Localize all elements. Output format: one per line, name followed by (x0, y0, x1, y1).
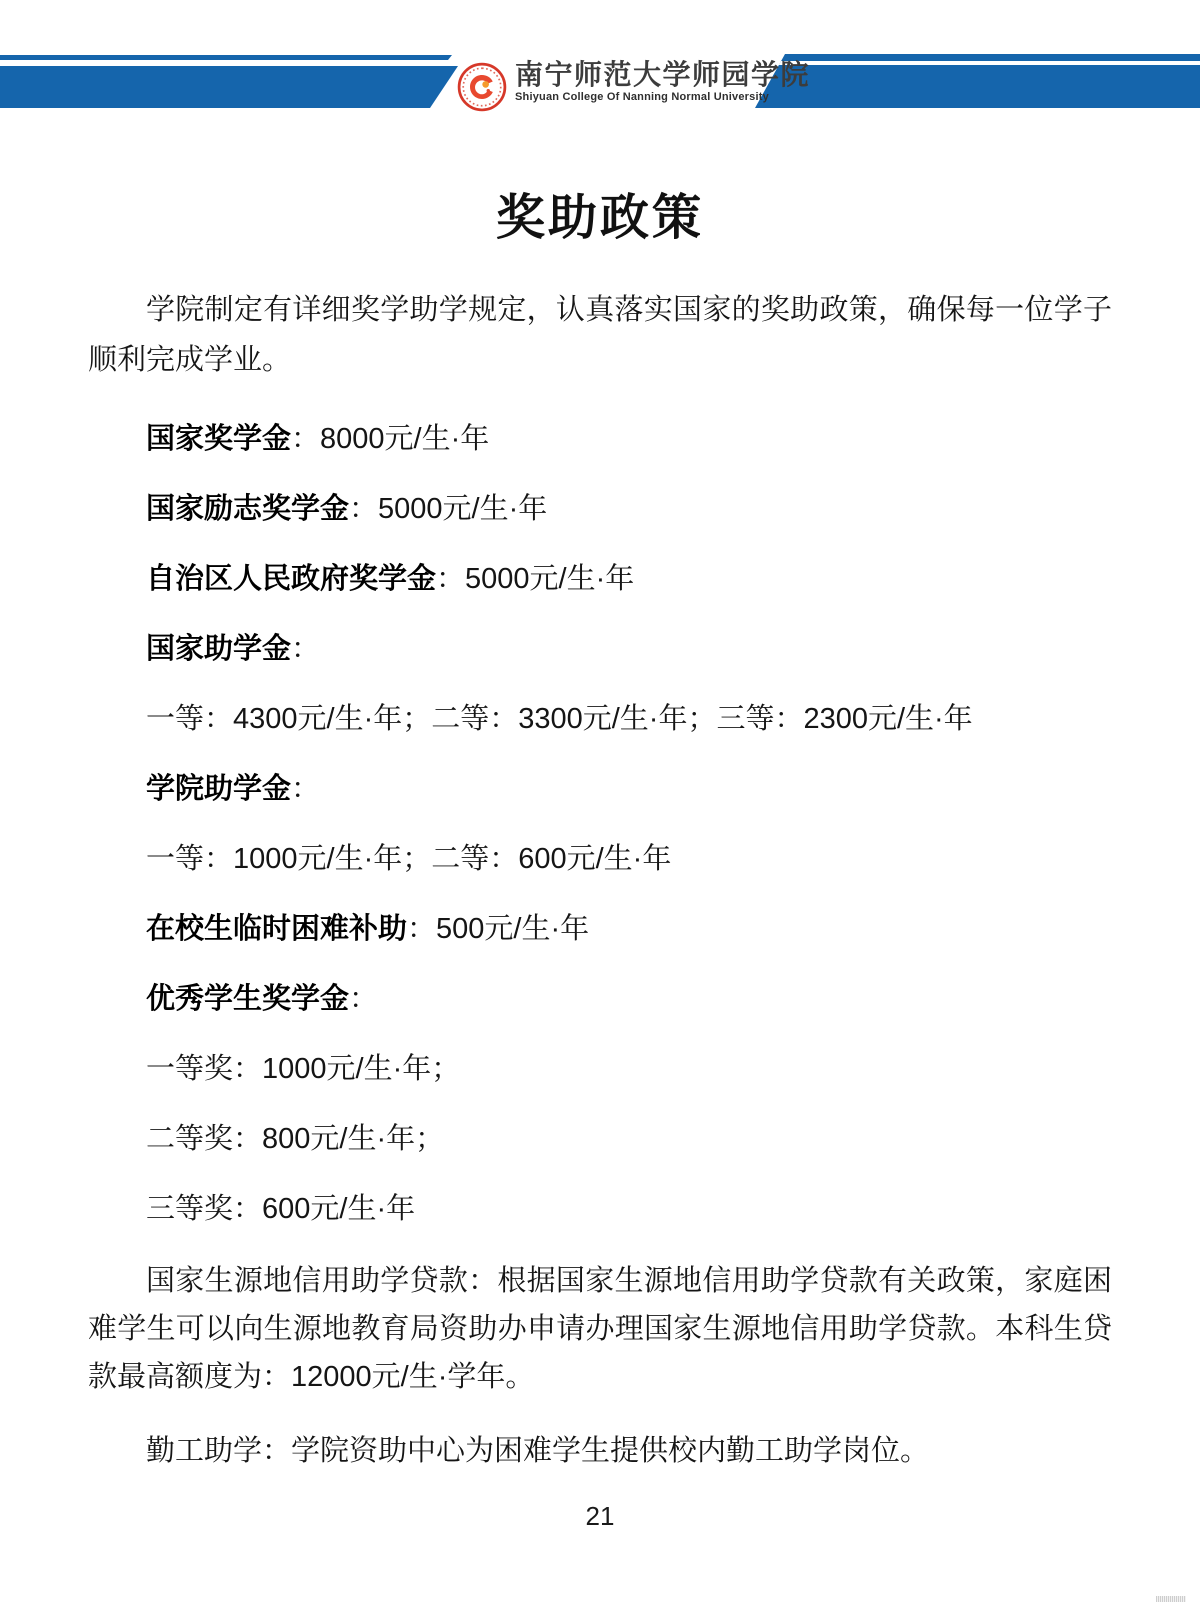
scholarship-item-value: ：500元/生·年 (407, 913, 589, 945)
university-name-zh: 南宁师范大学师园学院 (515, 60, 810, 90)
watermark (1156, 1596, 1186, 1602)
university-seal-icon (457, 62, 507, 112)
scholarship-item: 自治区人民政府奖学金：5000元/生·年 (88, 555, 1112, 603)
scholarship-item-value: ： (349, 983, 378, 1015)
scholarship-item-value: ：5000元/生·年 (349, 493, 547, 525)
scholarship-item-label: 自治区人民政府奖学金 (146, 563, 436, 595)
scholarship-item-label: 国家励志奖学金 (146, 493, 349, 525)
scholarship-item-value: 一等：4300元/生·年；二等：3300元/生·年；三等：2300元/生·年 (146, 703, 973, 735)
page-number: 21 (88, 1502, 1112, 1530)
loan-paragraph: 国家生源地信用助学贷款：根据国家生源地信用助学贷款有关政策，家庭困难学生可以向生… (88, 1257, 1112, 1401)
scholarship-item-detail: 一等：4300元/生·年；二等：3300元/生·年；三等：2300元/生·年 (88, 695, 1112, 743)
scholarship-item-label: 优秀学生奖学金 (146, 983, 349, 1015)
header-accent-line-left (0, 55, 452, 60)
scholarship-item-label: 学院助学金 (146, 773, 291, 805)
scholarship-item-value: ：8000元/生·年 (291, 423, 489, 455)
scholarship-item: 国家励志奖学金：5000元/生·年 (88, 485, 1112, 533)
work-study-paragraph: 勤工助学：学院资助中心为困难学生提供校内勤工助学岗位。 (88, 1427, 1112, 1475)
intro-paragraph: 学院制定有详细奖学助学规定，认真落实国家的奖助政策，确保每一位学子顺利完成学业。 (88, 285, 1112, 385)
scholarship-item-detail: 一等奖：1000元/生·年； (88, 1045, 1112, 1093)
scholarship-item-label: 在校生临时困难补助 (146, 913, 407, 945)
scholarship-item: 国家奖学金：8000元/生·年 (88, 415, 1112, 463)
scholarship-item-detail: 一等：1000元/生·年；二等：600元/生·年 (88, 835, 1112, 883)
scholarship-item: 国家助学金： (88, 625, 1112, 673)
scholarship-item: 优秀学生奖学金： (88, 975, 1112, 1023)
document-body: 奖助政策 学院制定有详细奖学助学规定，认真落实国家的奖助政策，确保每一位学子顺利… (0, 194, 1200, 1530)
scholarship-item-value: ： (291, 773, 320, 805)
university-name-block: 南宁师范大学师园学院 Shiyuan College Of Nanning No… (515, 60, 810, 104)
page-title: 奖助政策 (88, 194, 1112, 243)
scholarship-item-value: 二等奖：800元/生·年； (146, 1123, 444, 1155)
scholarship-item: 学院助学金： (88, 765, 1112, 813)
university-logo-group: 南宁师范大学师园学院 Shiyuan College Of Nanning No… (457, 60, 810, 112)
scholarship-item: 在校生临时困难补助：500元/生·年 (88, 905, 1112, 953)
scholarship-item-label: 国家助学金 (146, 633, 291, 665)
header-banner-stripe (755, 61, 1200, 65)
scholarship-item-value: 三等奖：600元/生·年 (146, 1193, 415, 1225)
university-name-en: Shiyuan College Of Nanning Normal Univer… (515, 91, 810, 104)
scholarship-item-detail: 三等奖：600元/生·年 (88, 1185, 1112, 1233)
scholarship-item-value: ：5000元/生·年 (436, 563, 634, 595)
scholarship-item-label: 国家奖学金 (146, 423, 291, 455)
scholarship-item-value: 一等：1000元/生·年；二等：600元/生·年 (146, 843, 671, 875)
header-banner-right (755, 54, 1200, 108)
scholarship-item-detail: 二等奖：800元/生·年； (88, 1115, 1112, 1163)
scholarship-item-value: 一等奖：1000元/生·年； (146, 1053, 460, 1085)
scholarship-item-value: ： (291, 633, 320, 665)
header-banner-left (0, 66, 458, 108)
